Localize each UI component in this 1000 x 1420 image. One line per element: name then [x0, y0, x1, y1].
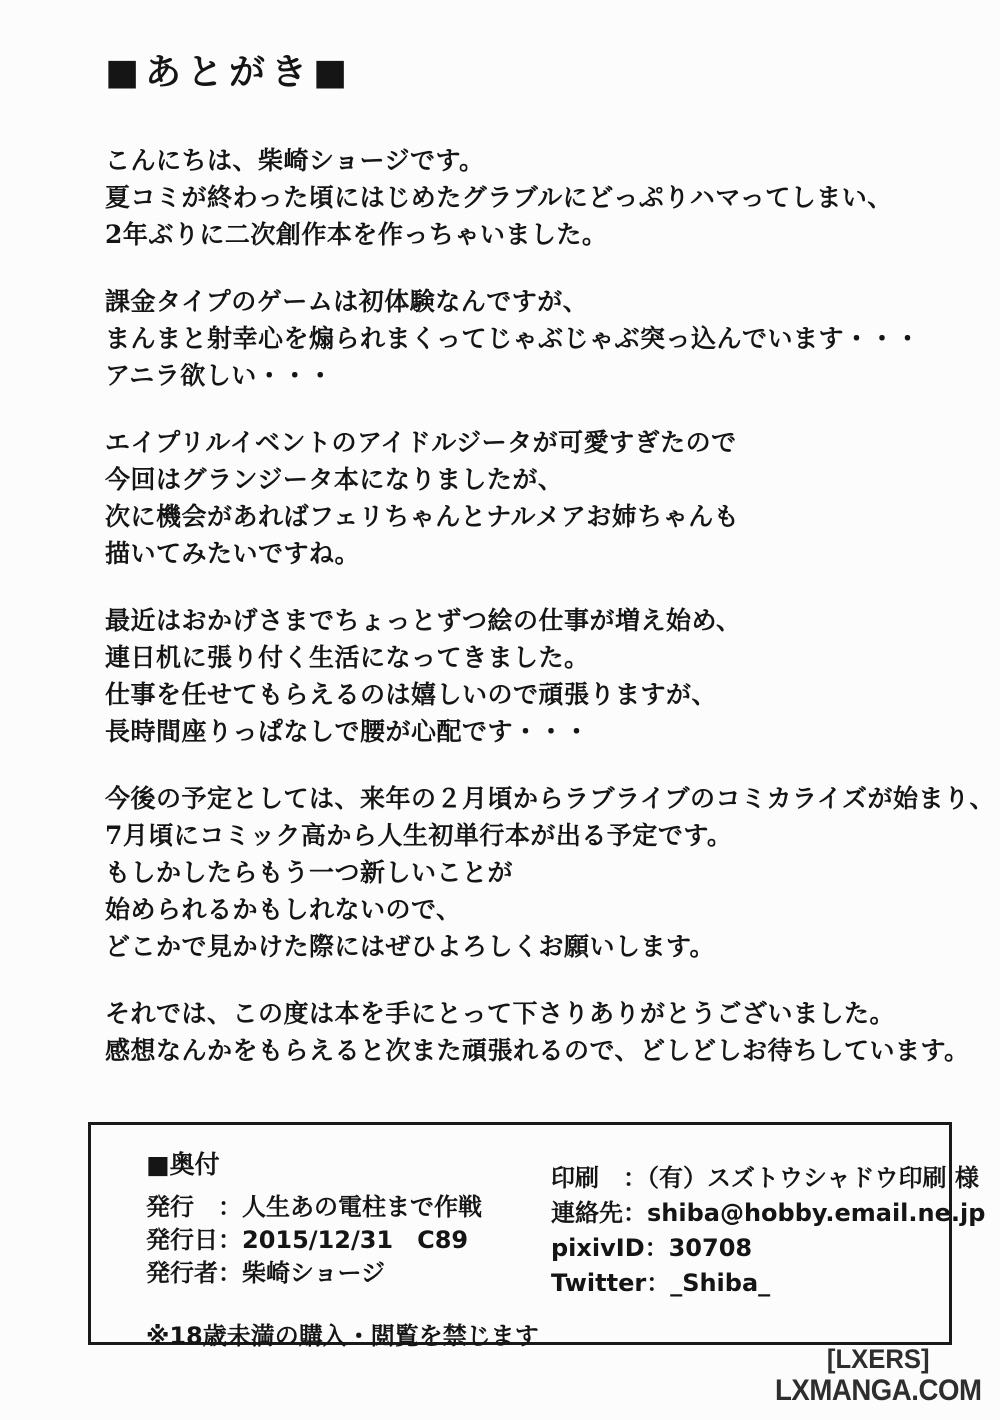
text-line: 7月頃にコミック高から人生初単行本が出る予定です。: [105, 817, 960, 854]
text-line: もしかしたらもう一つ新しいことが: [105, 854, 960, 891]
text-line: 今回はグランジータ本になりましたが、: [105, 461, 960, 498]
text-line: 夏コミが終わった頃にはじめたグラブルにどっぷりハマってしまい、: [105, 179, 960, 216]
publisher-line: 発行 ：人生あの電柱まで作戦: [146, 1191, 539, 1224]
text-line: 2年ぶりに二次創作本を作っちゃいました。: [105, 216, 960, 253]
pixiv-id-line: pixivID：30708: [551, 1231, 985, 1266]
age-restriction-note: ※18歳未満の購入・閲覧を禁じます: [146, 1316, 539, 1351]
text-line: 今後の予定としては、来年の２月頃からラブライブのコミカライズが始まり、: [105, 780, 960, 817]
text-line: 仕事を任せてもらえるのは嬉しいので頑張りますが、: [105, 676, 960, 713]
text-line: 描いてみたいですね。: [105, 535, 960, 572]
text-line: 始められるかもしれないので、: [105, 891, 960, 928]
colophon-right-column: 印刷 ：（有）スズトウシャドウ印刷 様 連絡先：shiba@hobby.emai…: [551, 1161, 985, 1301]
printer-line: 印刷 ：（有）スズトウシャドウ印刷 様: [551, 1161, 985, 1196]
colophon-box: ■奥付 発行 ：人生あの電柱まで作戦 発行日：2015/12/31 C89 発行…: [88, 1122, 952, 1345]
publish-date-line: 発行日：2015/12/31 C89: [146, 1224, 539, 1257]
text-line: アニラ欲しい・・・: [105, 357, 960, 394]
text-line: 連日机に張り付く生活になってきました。: [105, 639, 960, 676]
text-line: 次に機会があればフェリちゃんとナルメアお姉ちゃんも: [105, 498, 960, 535]
colophon-heading: ■奥付: [146, 1145, 539, 1181]
twitter-handle-line: Twitter：_Shiba_: [551, 1266, 985, 1301]
colophon-left-column: ■奥付 発行 ：人生あの電柱まで作戦 発行日：2015/12/31 C89 発行…: [146, 1145, 539, 1351]
paragraph-plans: 今後の予定としては、来年の２月頃からラブライブのコミカライズが始まり、 7月頃に…: [105, 780, 960, 965]
contact-email-line: 連絡先：shiba@hobby.email.ne.jp: [551, 1196, 985, 1231]
watermark-group-tag: [LXERS]: [771, 1346, 984, 1373]
text-line: エイプリルイベントのアイドルジータが可愛すぎたので: [105, 424, 960, 461]
text-line: どこかで見かけた際にはぜひよろしくお願いします。: [105, 928, 960, 965]
text-line: 最近はおかげさまでちょっとずつ絵の仕事が増え始め、: [105, 602, 960, 639]
paragraph-work: 最近はおかげさまでちょっとずつ絵の仕事が増え始め、 連日机に張り付く生活になって…: [105, 602, 960, 750]
afterword-content: ■あとがき■ こんにちは、柴崎ショージです。 夏コミが終わった頃にはじめたグラブ…: [105, 50, 960, 1099]
text-line: それでは、この度は本を手にとって下さりありがとうございました。: [105, 995, 960, 1032]
text-line: 長時間座りっぱなしで腰が心配です・・・: [105, 713, 960, 750]
paragraph-greeting: こんにちは、柴崎ショージです。 夏コミが終わった頃にはじめたグラブルにどっぷりハ…: [105, 142, 960, 253]
text-line: 感想なんかをもらえると次また頑張れるので、どしどしお待ちしています。: [105, 1032, 960, 1069]
text-line: 課金タイプのゲームは初体験なんですが、: [105, 283, 960, 320]
afterword-page: ■あとがき■ こんにちは、柴崎ショージです。 夏コミが終わった頃にはじめたグラブ…: [0, 0, 1000, 1420]
watermark: [LXERS] LXMANGA.COM: [766, 1346, 990, 1406]
page-title: ■あとがき■: [105, 50, 960, 94]
text-line: こんにちは、柴崎ショージです。: [105, 142, 960, 179]
author-line: 発行者：柴崎ショージ: [146, 1257, 539, 1290]
paragraph-event: エイプリルイベントのアイドルジータが可愛すぎたので 今回はグランジータ本になりま…: [105, 424, 960, 572]
text-line: まんまと射幸心を煽られまくってじゃぶじゃぶ突っ込んでいます・・・: [105, 320, 960, 357]
watermark-site-name: LXMANGA.COM: [774, 1376, 981, 1406]
paragraph-thanks: それでは、この度は本を手にとって下さりありがとうございました。 感想なんかをもら…: [105, 995, 960, 1069]
paragraph-gacha: 課金タイプのゲームは初体験なんですが、 まんまと射幸心を煽られまくってじゃぶじゃ…: [105, 283, 960, 394]
